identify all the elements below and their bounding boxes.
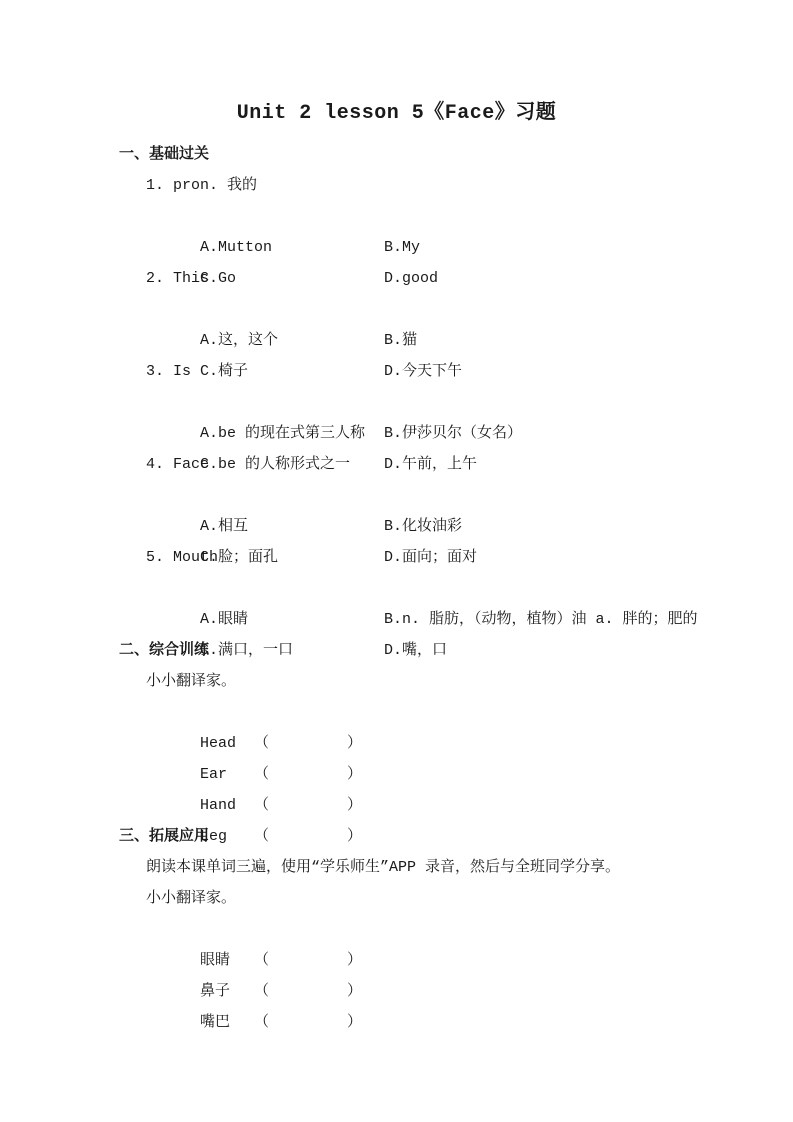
paren-open: （ — [254, 983, 269, 1000]
paren-close: ） — [347, 766, 362, 783]
paren-open: （ — [254, 766, 269, 783]
paren-open: （ — [254, 952, 269, 969]
section-3-intro: 小小翻译家。 — [0, 883, 793, 914]
paren-close: ） — [347, 797, 362, 814]
translate-word: Hand — [200, 790, 254, 821]
paren-close: ） — [347, 983, 362, 1000]
question-3-option-b: B.伊莎贝尔（女名） — [384, 425, 522, 442]
translate-row-eye: 眼睛（） — [0, 914, 793, 945]
translate-word: Ear — [200, 759, 254, 790]
question-1-option-a: A.Mutton — [200, 232, 384, 263]
question-2-option-d: D.今天下午 — [384, 363, 462, 380]
question-5-options-ab: A.眼睛B.n. 脂肪，（动物，植物）油 a. 胖的；肥的 — [0, 573, 793, 604]
question-1-option-d: D.good — [384, 270, 438, 287]
translate-word: 眼睛 — [200, 945, 254, 976]
translate-row-head: Head（） — [0, 697, 793, 728]
question-5-option-c: C.满口，一口 — [200, 635, 384, 666]
translate-word: 嘴巴 — [200, 1007, 254, 1038]
question-2-option-c: C.椅子 — [200, 356, 384, 387]
question-1-option-b: B.My — [384, 239, 420, 256]
question-2-options-ab: A.这，这个B.猫 — [0, 294, 793, 325]
document-body: 一、基础过关 1. pron. 我的 A.MuttonB.My C.GoD.go… — [0, 139, 793, 1007]
question-2-option-a: A.这，这个 — [200, 325, 384, 356]
question-4-option-c: C.脸；面孔 — [200, 542, 384, 573]
question-3-option-d: D.午前，上午 — [384, 456, 477, 473]
document-page: Unit 2 lesson 5《Face》习题 一、基础过关 1. pron. … — [0, 0, 793, 1122]
paren-open: （ — [254, 1014, 269, 1031]
question-1-options-ab: A.MuttonB.My — [0, 201, 793, 232]
section-3-instruction: 朗读本课单词三遍，使用“学乐师生”APP 录音，然后与全班同学分享。 — [0, 852, 793, 883]
section-2-intro: 小小翻译家。 — [0, 666, 793, 697]
translate-row-ear: Ear（） — [0, 728, 793, 759]
paren-open: （ — [254, 828, 269, 845]
translate-row-mouth: 嘴巴（） — [0, 976, 793, 1007]
translate-row-hand: Hand（） — [0, 759, 793, 790]
paren-open: （ — [254, 735, 269, 752]
section-1-heading: 一、基础过关 — [0, 139, 793, 170]
paren-close: ） — [347, 735, 362, 752]
question-4-options-ab: A.相互B.化妆油彩 — [0, 480, 793, 511]
question-4-option-b: B.化妆油彩 — [384, 518, 462, 535]
translate-row-nose: 鼻子（） — [0, 945, 793, 976]
question-4-option-a: A.相互 — [200, 511, 384, 542]
question-4-option-d: D.面向；面对 — [384, 549, 477, 566]
paren-close: ） — [347, 952, 362, 969]
translate-word: 鼻子 — [200, 976, 254, 1007]
question-3-option-c: C.be 的人称形式之一 — [200, 449, 384, 480]
question-5-option-d: D.嘴，口 — [384, 642, 447, 659]
paren-open: （ — [254, 797, 269, 814]
paren-close: ） — [347, 1014, 362, 1031]
question-3-option-a: A.be 的现在式第三人称 — [200, 418, 384, 449]
paren-close: ） — [347, 828, 362, 845]
question-2-option-b: B.猫 — [384, 332, 417, 349]
question-1-stem: 1. pron. 我的 — [0, 170, 793, 201]
question-5-option-b: B.n. 脂肪，（动物，植物）油 a. 胖的；肥的 — [384, 611, 698, 628]
section-3-heading: 三、拓展应用 — [0, 821, 793, 852]
page-title: Unit 2 lesson 5《Face》习题 — [0, 100, 793, 128]
translate-row-leg: Leg（） — [0, 790, 793, 821]
translate-word: Head — [200, 728, 254, 759]
question-1-option-c: C.Go — [200, 263, 384, 294]
question-3-options-ab: A.be 的现在式第三人称B.伊莎贝尔（女名） — [0, 387, 793, 418]
question-5-option-a: A.眼睛 — [200, 604, 384, 635]
